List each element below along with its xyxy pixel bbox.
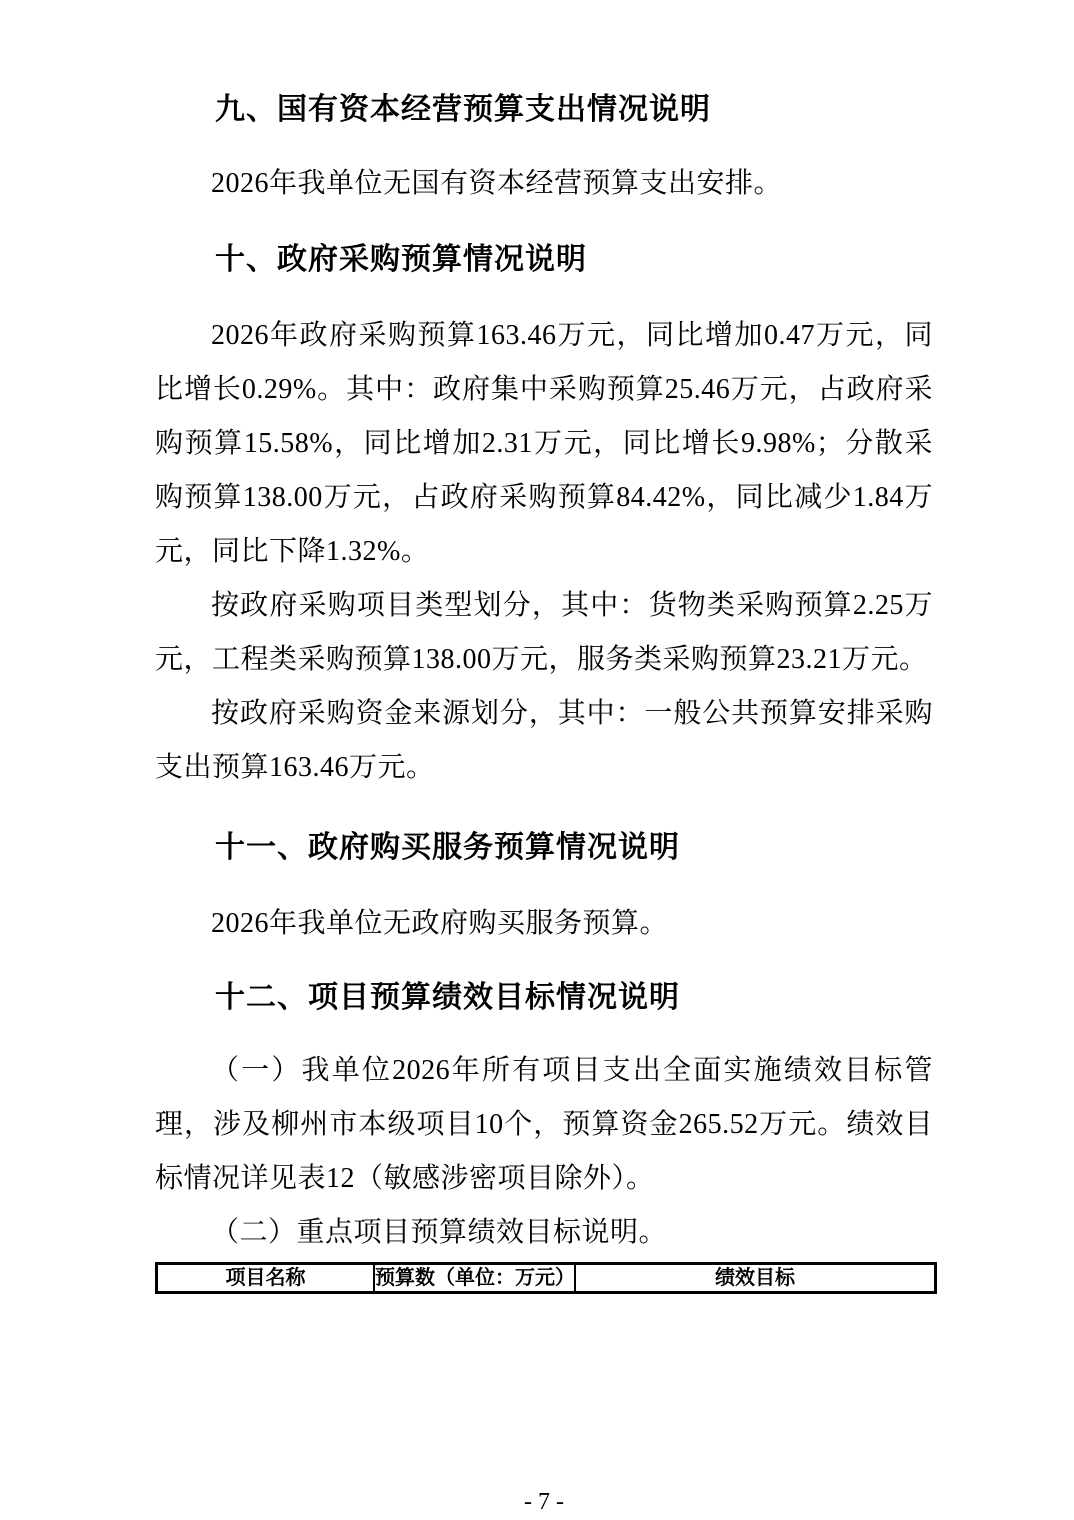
- paragraph-procurement-overview: 2026年政府采购预算163.46万元，同比增加0.47万元，同比增长0.29%…: [155, 309, 933, 579]
- paragraph-procurement-by-type: 按政府采购项目类型划分，其中：货物类采购预算2.25万元，工程类采购预算138.…: [155, 579, 933, 687]
- page-number: - 7 -: [155, 1490, 933, 1514]
- section-heading-11: 十一、政府购买服务预算情况说明: [155, 833, 933, 863]
- paragraph-section9: 2026年我单位无国有资本经营预算支出安排。: [155, 157, 933, 211]
- table-header-budget-amount: 预算数（单位：万元）: [374, 1264, 575, 1293]
- section-heading-10: 十、政府采购预算情况说明: [155, 245, 933, 275]
- performance-target-table: 项目名称 预算数（单位：万元） 绩效目标: [155, 1262, 937, 1294]
- section-heading-9: 九、国有资本经营预算支出情况说明: [155, 95, 933, 125]
- section-heading-12: 十二、项目预算绩效目标情况说明: [155, 983, 933, 1013]
- table-header-performance-target: 绩效目标: [575, 1264, 936, 1293]
- paragraph-performance-targets: （一）我单位2026年所有项目支出全面实施绩效目标管理，涉及柳州市本级项目10个…: [155, 1044, 933, 1206]
- table-header-project-name: 项目名称: [157, 1264, 375, 1293]
- table-header-row: 项目名称 预算数（单位：万元） 绩效目标: [157, 1264, 936, 1293]
- paragraph-section11: 2026年我单位无政府购买服务预算。: [155, 897, 933, 951]
- document-page: 九、国有资本经营预算支出情况说明 2026年我单位无国有资本经营预算支出安排。 …: [0, 0, 1074, 1520]
- paragraph-key-projects: （二）重点项目预算绩效目标说明。: [155, 1206, 933, 1260]
- paragraph-procurement-by-source: 按政府采购资金来源划分，其中：一般公共预算安排采购支出预算163.46万元。: [155, 687, 933, 795]
